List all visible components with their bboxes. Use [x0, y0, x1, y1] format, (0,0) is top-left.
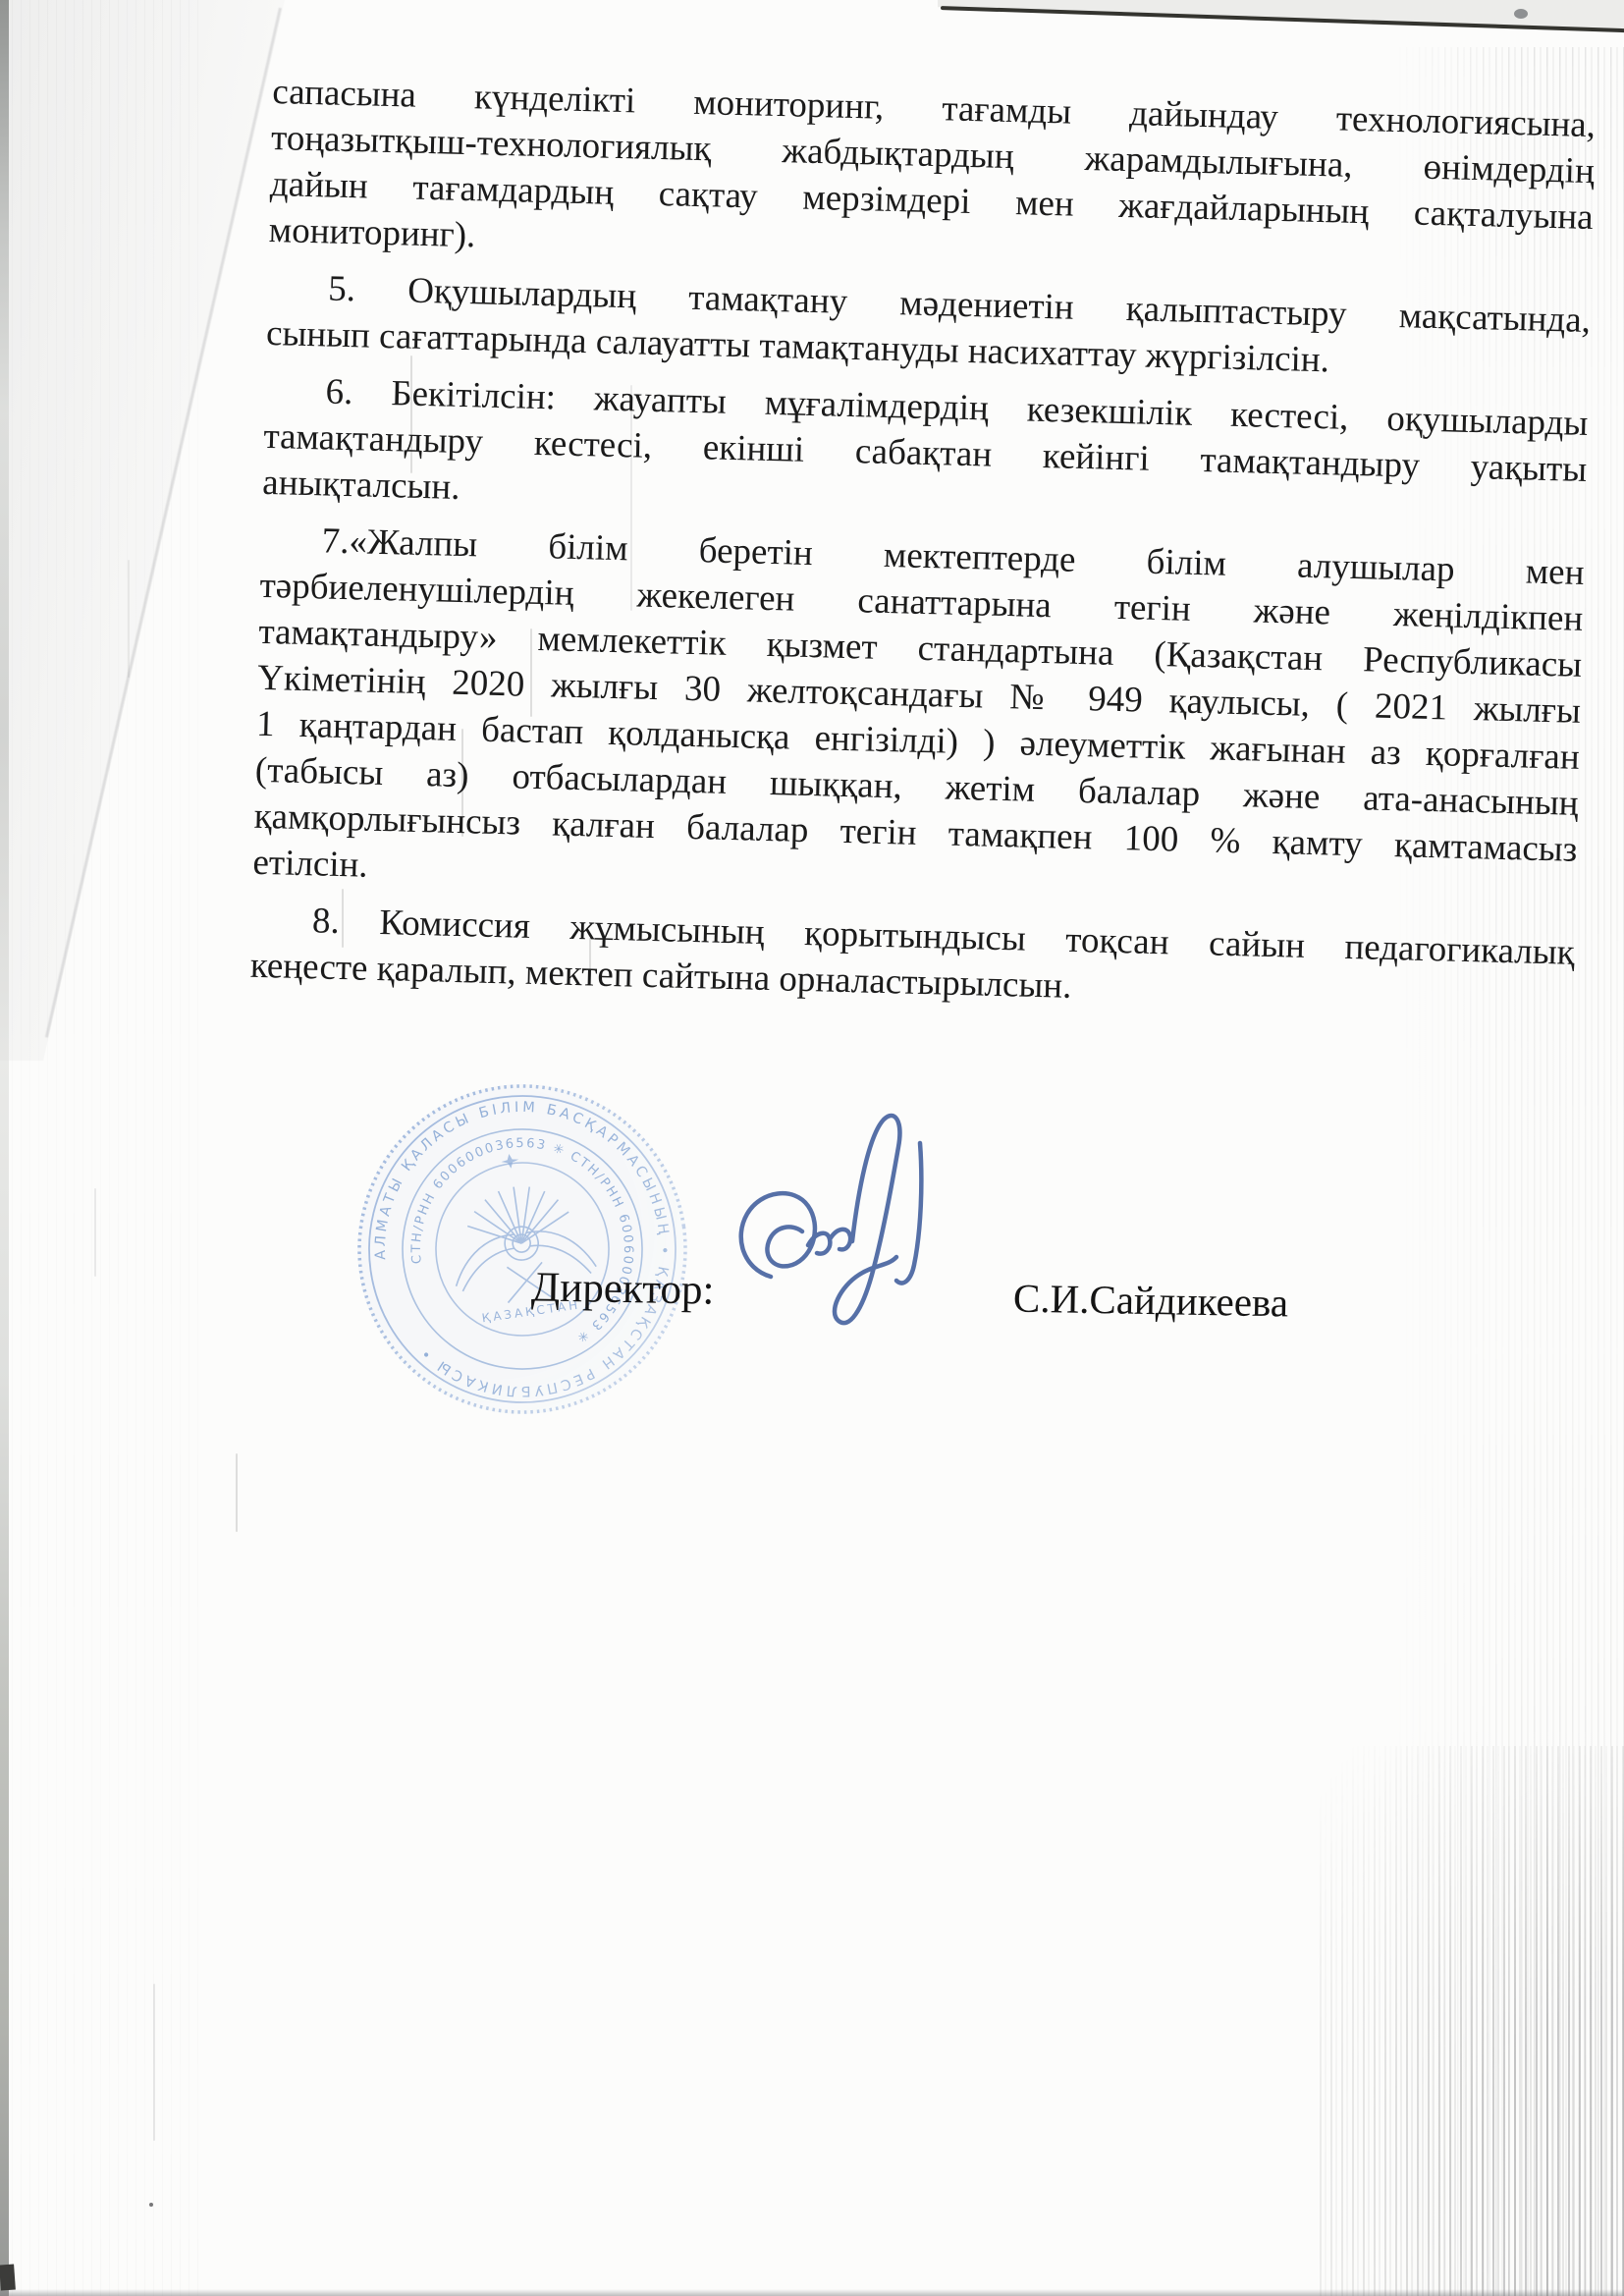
- official-stamp: АЛМАТЫ ҚАЛАСЫ БІЛІМ БАСҚАРМАСЫНЫҢ • ҚАЗА…: [352, 1078, 693, 1420]
- scan-streak: [153, 1984, 155, 2141]
- staple-hole-dot: [1514, 9, 1528, 19]
- signature-ink: [710, 1092, 1014, 1357]
- scan-edge-left-strip: [0, 0, 9, 2296]
- scan-noise-left-band: [12, 0, 198, 2296]
- scan-streaks-bottom-right: [1320, 1746, 1624, 2296]
- scan-streak: [128, 560, 130, 678]
- paragraph: сапасына күнделікті мониторинг, тағамды …: [268, 69, 1596, 287]
- paragraph: 8. Комиссия жұмысының қорытындысы тоқсан…: [249, 897, 1575, 1022]
- document-text: сапасына күнделікті мониторинг, тағамды …: [249, 69, 1596, 1022]
- paragraph: 6. Бекітілсін: жауапты мұғалімдердің кез…: [262, 367, 1589, 539]
- paragraph: 5. Оқушылардың тамақтану мәдениетін қалы…: [266, 264, 1592, 390]
- director-name: С.И.Сайдикеева: [1013, 1275, 1289, 1327]
- director-label: Директор:: [531, 1263, 715, 1314]
- scan-streak: [236, 1453, 238, 1532]
- paragraph: 7.«Жалпы білім беретін мектептерде білім…: [252, 517, 1585, 919]
- scan-streak: [94, 1188, 96, 1277]
- scanned-page: АЛМАТЫ ҚАЛАСЫ БІЛІМ БАСҚАРМАСЫНЫҢ • ҚАЗА…: [0, 0, 1624, 2296]
- scan-mark-bottom-left: [0, 2265, 16, 2291]
- scan-speck: [149, 2203, 153, 2207]
- scan-edge-bottom: [0, 2289, 1624, 2296]
